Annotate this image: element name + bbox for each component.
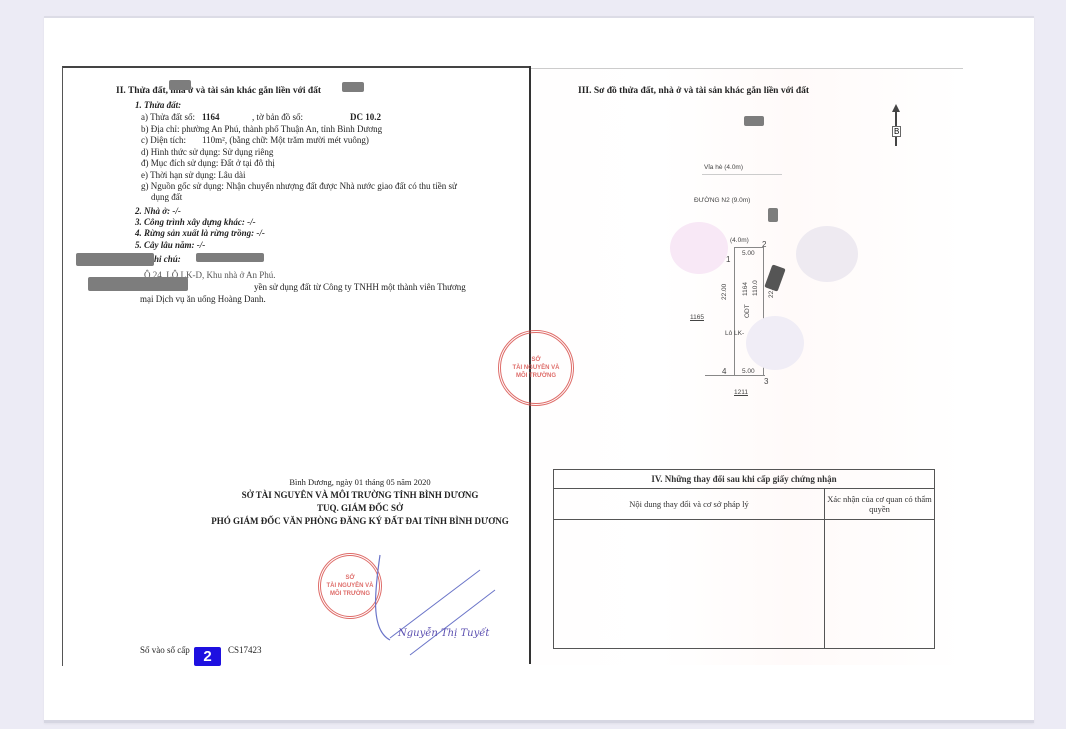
redaction [88, 277, 188, 291]
place-date: Bình Dương, ngày 01 tháng 05 năm 2020 [150, 477, 570, 488]
perennial-line: 5. Cây lâu năm: -/- [135, 240, 205, 251]
sidewalk-label: Vỉa hè (4.0m) [704, 164, 743, 171]
redaction [744, 116, 764, 126]
redaction [169, 80, 191, 90]
register-label: Số vào sổ cấp [140, 645, 190, 656]
usage-term: e) Thời hạn sử dụng: Lâu dài [141, 170, 245, 181]
neighbor-parcel-bottom: 1211 [734, 389, 748, 396]
map-sheet-label: , tờ bản đồ số: [252, 112, 303, 123]
neighbor-parcel-left: 1165 [690, 314, 704, 321]
seal-text: TÀI NGUYÊN VÀ [512, 364, 559, 372]
redaction [196, 253, 264, 262]
parcel-area-vertical: 110.0 [752, 280, 759, 296]
redaction [768, 208, 778, 222]
parcel-code-vertical: ODT [744, 304, 751, 318]
changes-cell-confirmation [825, 520, 935, 649]
bottom-width: 5.00 [742, 368, 755, 375]
land-heading: 1. Thửa đất: [135, 100, 181, 111]
address: b) Địa chỉ: phường An Phú, thành phố Thu… [141, 124, 382, 135]
official-seal: SỞ TÀI NGUYÊN VÀ MÔI TRƯỜNG [498, 330, 574, 406]
north-label: B [892, 126, 901, 137]
register-number: CS17423 [228, 645, 262, 656]
usage-origin-cont: dụng đất [151, 192, 182, 203]
house-line: 2. Nhà ở: -/- [135, 206, 181, 217]
changes-table-title: IV. Những thay đổi sau khi cấp giấy chứn… [554, 470, 935, 489]
redaction [342, 82, 364, 92]
changes-cell-content [554, 520, 825, 649]
sidewalk-small-label: (4.0m) [730, 237, 749, 244]
seal-text: SỞ [531, 356, 540, 364]
road-label: ĐƯỜNG N2 (9.0m) [694, 197, 750, 204]
left-length: 22.00 [721, 284, 728, 300]
sidewalk-line [702, 174, 782, 175]
signature: Nguyễn Thị Tuyết [398, 628, 489, 639]
redaction-blur [796, 226, 858, 282]
parcel-bottom-edge [705, 375, 765, 376]
area-label: c) Diện tích: [141, 135, 186, 146]
corner-1: 1 [726, 255, 730, 264]
authority-line-1: SỞ TÀI NGUYÊN VÀ MÔI TRƯỜNG TỈNH BÌNH DƯ… [150, 490, 570, 501]
notes-line-3: mại Dịch vụ ăn uống Hoàng Danh. [140, 294, 266, 305]
other-construction-line: 3. Công trình xây dựng khác: -/- [135, 217, 256, 228]
changes-col-confirmation: Xác nhận của cơ quan có thẩm quyền [825, 489, 935, 520]
usage-purpose: đ) Mục đích sử dụng: Đất ở tại đô thị [141, 158, 275, 169]
notes-line-2: yền sử dụng đất từ Công ty TNHH một thàn… [254, 282, 466, 293]
seal-text: SỞ [345, 574, 354, 582]
corner-3: 3 [764, 377, 768, 386]
section-iii-title: III. Sơ đồ thửa đất, nhà ở và tài sản kh… [578, 86, 809, 97]
redaction [76, 253, 154, 266]
land-certificate-scan: II. Thửa đất, nhà ở và tài sản khác gắn … [0, 0, 1066, 729]
parcel-left-edge [734, 247, 735, 375]
top-width: 5.00 [742, 250, 755, 257]
section-ii-title: II. Thửa đất, nhà ở và tài sản khác gắn … [116, 86, 321, 97]
page-number-badge[interactable]: 2 [194, 647, 221, 666]
redaction-blur [670, 222, 728, 274]
usage-form: d) Hình thức sử dụng: Sử dụng riêng [141, 147, 273, 158]
parcel-id-vertical: 1164 [742, 282, 749, 296]
parcel-top-edge [734, 247, 764, 248]
parcel-number: 1164 [202, 112, 220, 123]
parcel-number-label: a) Thửa đất số: [141, 112, 195, 123]
authority-line-2: TUQ. GIÁM ĐỐC SỞ [150, 503, 570, 514]
changes-col-content: Nội dung thay đổi và cơ sở pháp lý [554, 489, 825, 520]
lot-label: Lô LK- [725, 330, 744, 337]
seal-text: MÔI TRƯỜNG [516, 372, 556, 380]
map-sheet-number: DC 10.2 [350, 112, 381, 123]
forest-line: 4. Rừng sản xuất là rừng trồng: -/- [135, 228, 265, 239]
notes-label: hi chú: [154, 254, 181, 265]
corner-4: 4 [722, 367, 726, 376]
changes-table: IV. Những thay đổi sau khi cấp giấy chứn… [553, 469, 935, 649]
signature-stroke [360, 550, 500, 660]
usage-origin: g) Nguồn gốc sử dụng: Nhận chuyển nhượng… [141, 181, 457, 192]
authority-line-3: PHÓ GIÁM ĐỐC VĂN PHÒNG ĐĂNG KÝ ĐẤT ĐAI T… [150, 516, 570, 527]
redaction-blur [746, 316, 804, 370]
area-value: 110m², (bằng chữ: Một trăm mười mét vuôn… [202, 135, 369, 146]
